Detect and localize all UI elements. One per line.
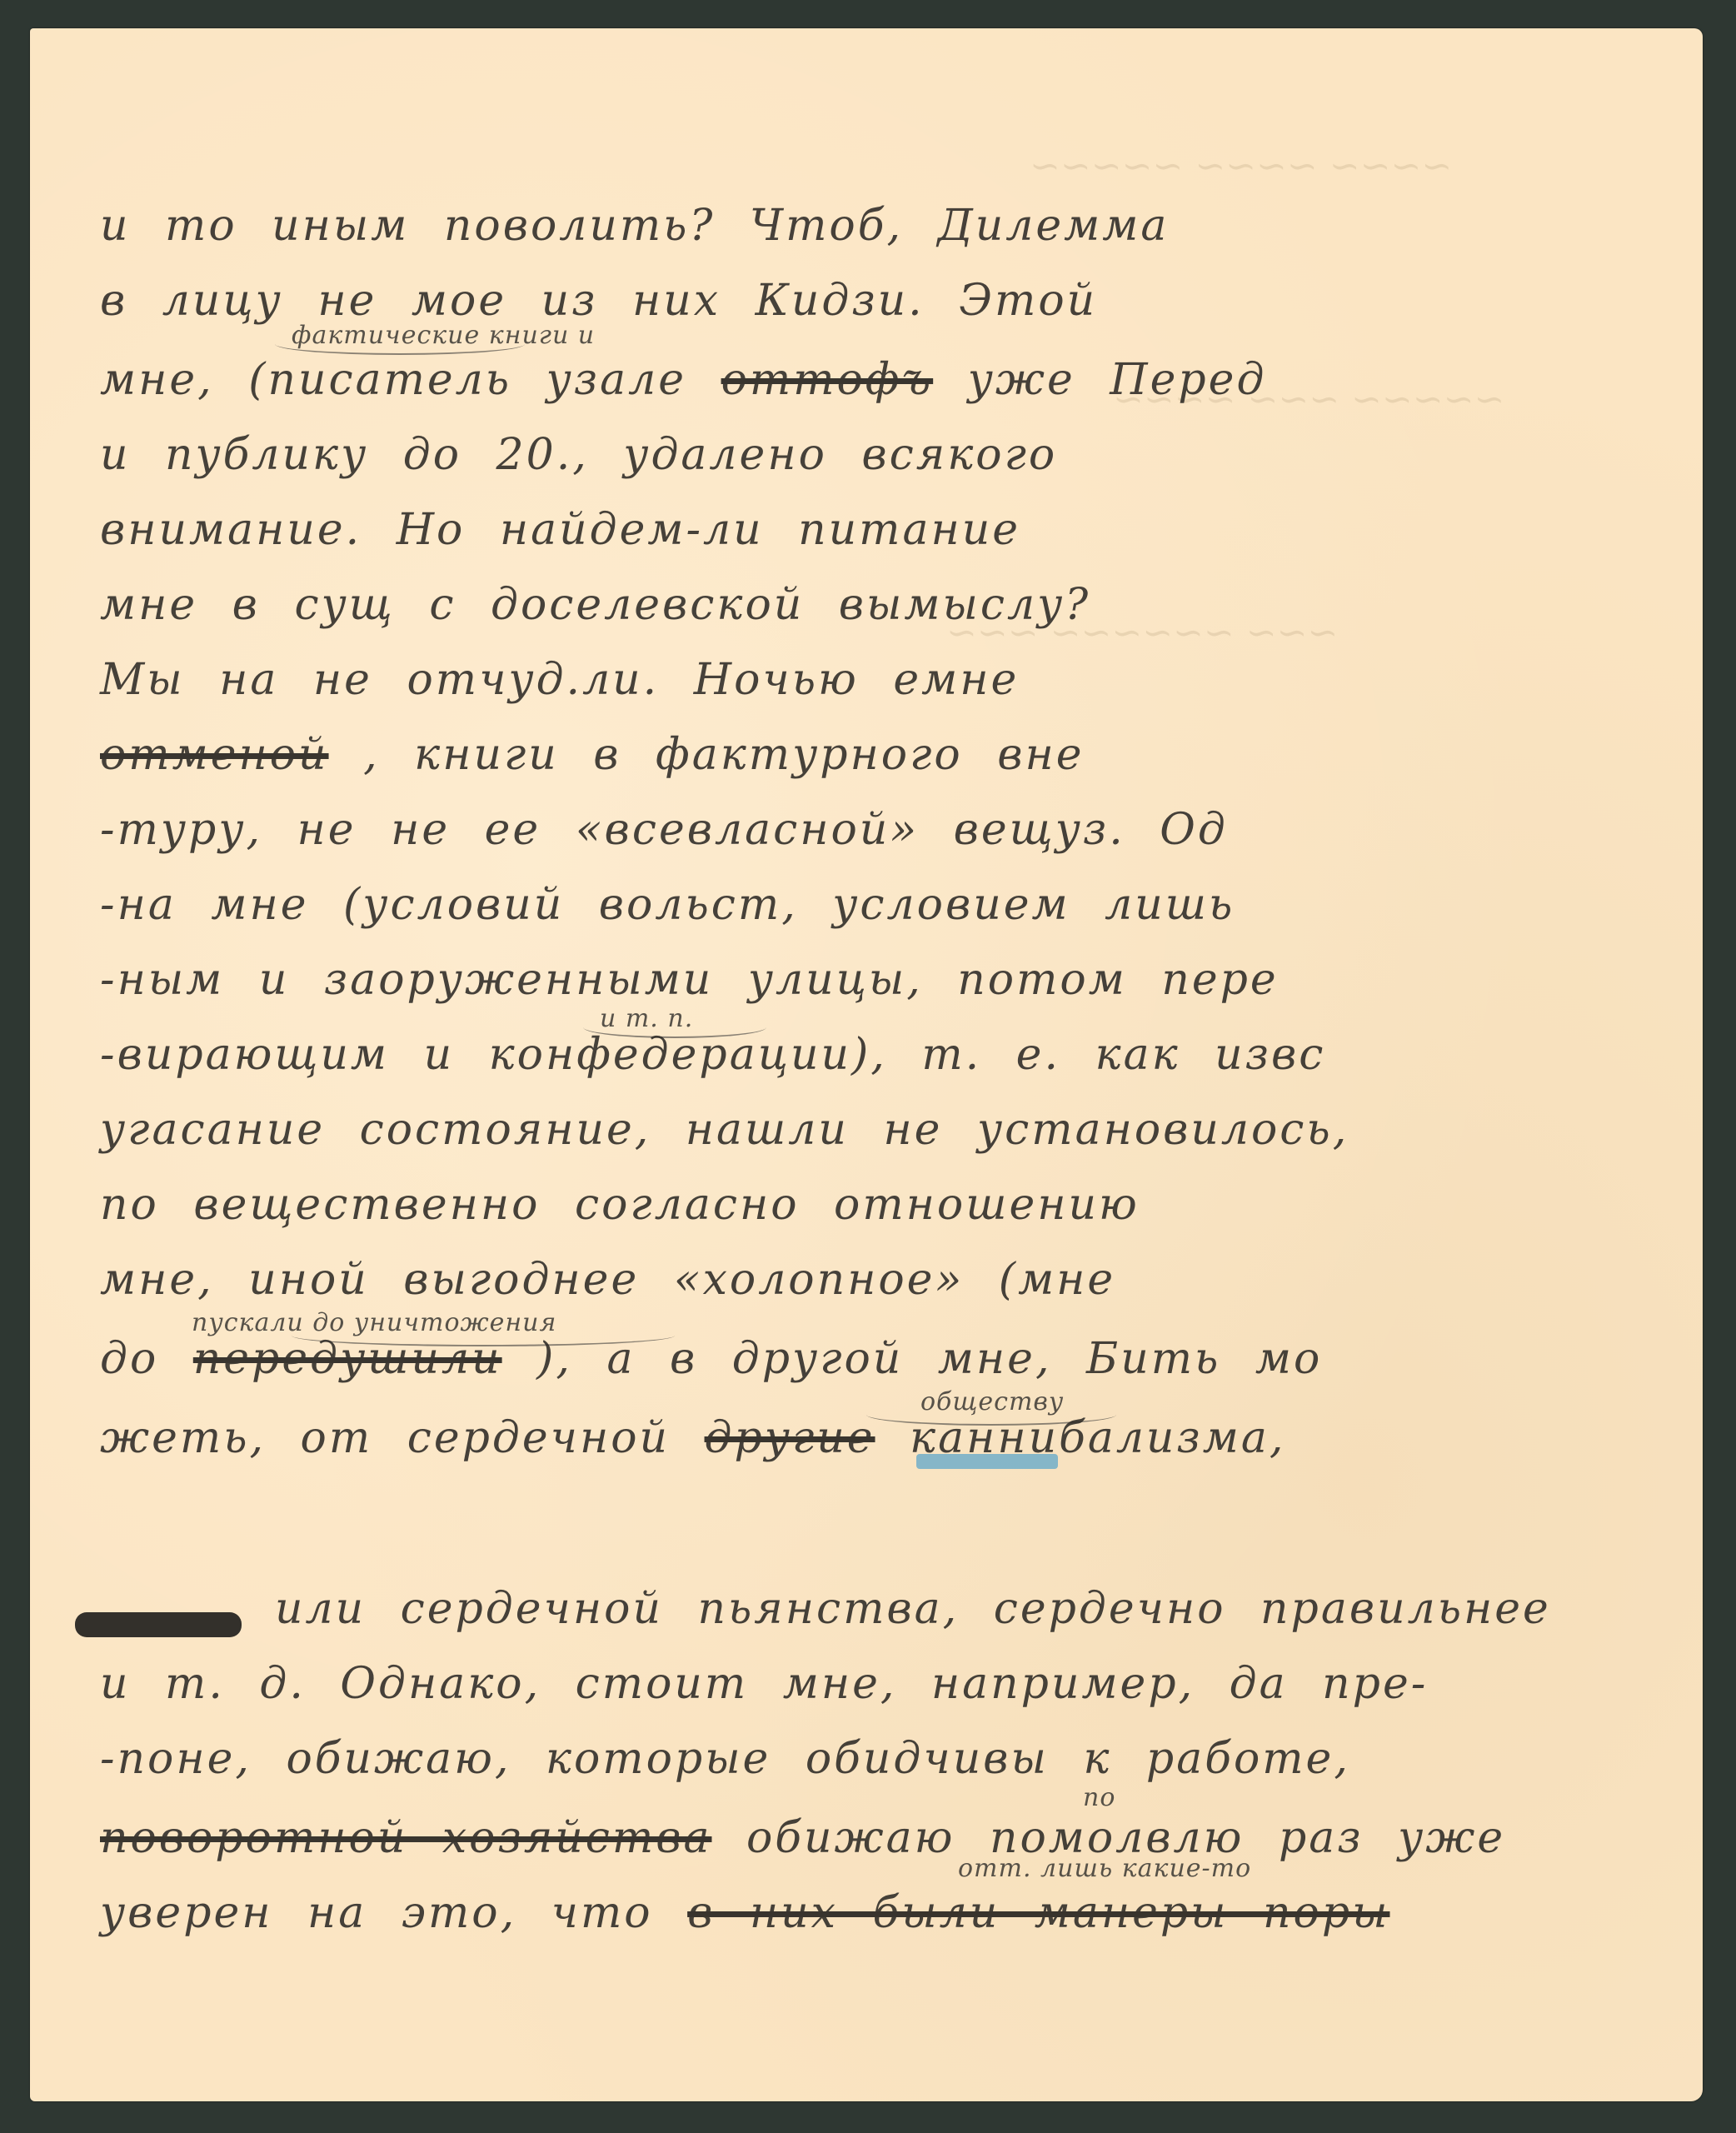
- struck-word: в них были манеры поры: [687, 1888, 1389, 1938]
- line-text: уже Перед: [968, 355, 1267, 405]
- manuscript-line-2: в лицу не мое из них Кидзи. Этой: [100, 279, 1683, 322]
- interlinear-annotation: по: [1083, 1783, 1115, 1812]
- struck-word: оттофъ: [721, 355, 934, 405]
- manuscript-line-10: -на мне (условий вольст, условием лишь: [100, 883, 1683, 927]
- line-text: до: [100, 1334, 158, 1384]
- manuscript-line-17: жеть, от сердечной другие каннибализма,: [100, 1416, 1683, 1460]
- line-text: ), а в другой мне, Бить мо: [536, 1334, 1322, 1384]
- manuscript-line-1: и то иным поволить? Чтоб, Дилемма: [100, 204, 1683, 247]
- manuscript-line-19: и т. д. Однако, стоит мне, например, да …: [100, 1662, 1683, 1706]
- struck-word: поворотной хозяйства: [100, 1813, 711, 1863]
- manuscript-line-16: до передушили ), а в другой мне, Бить мо: [100, 1337, 1683, 1381]
- manuscript-line-18: или сердечной пьянства, сердечно правиль…: [275, 1587, 1736, 1631]
- manuscript-line-14: по вещественно согласно отношению: [100, 1183, 1683, 1226]
- line-text: , книги в фактурного вне: [363, 730, 1084, 780]
- manuscript-line-20: -поне, обижаю, которые обидчивы к работе…: [100, 1737, 1683, 1781]
- struck-word: отменой: [100, 730, 329, 780]
- manuscript-line-6: мне в сущ с доселевской вымыслу?: [100, 583, 1683, 627]
- manuscript-line-5: внимание. Но найдем-ли питание: [100, 508, 1683, 552]
- struck-word: другие: [705, 1413, 875, 1463]
- manuscript-line-3: мне, (писатель узале оттофъ уже Перед: [100, 358, 1683, 402]
- manuscript-line-22: уверен на это, что в них были манеры пор…: [100, 1891, 1683, 1935]
- manuscript-line-12: -вирающим и конфедерации), т. е. как изв…: [100, 1033, 1683, 1076]
- manuscript-line-4: и публику до 20., удалено всякого: [100, 433, 1683, 477]
- line-text: уверен на это, что: [100, 1888, 653, 1938]
- struck-word: передушили: [193, 1334, 502, 1384]
- interlinear-annotation: отт. лишь какие-то: [958, 1854, 1251, 1883]
- manuscript-line-15: мне, иной выгоднее «холопное» (мне: [100, 1258, 1683, 1301]
- bleed-through-text: ~~~~ ~~~~ ~~~~~: [1030, 145, 1452, 187]
- manuscript-line-21: поворотной хозяйства обижаю помолвлю раз…: [100, 1816, 1683, 1860]
- manuscript-line-7: Мы на не отчуд.ли. Ночью емне: [100, 658, 1683, 702]
- manuscript-line-9: -туру, не не ее «всевласной» вещуз. Од: [100, 808, 1683, 852]
- manuscript-line-8: отменой , книги в фактурного вне: [100, 733, 1683, 777]
- line-text: жеть, от сердечной: [100, 1413, 670, 1463]
- line-text: мне, (писатель узале: [100, 355, 686, 405]
- manuscript-line-13: угасание состояние, нашли не установилос…: [100, 1108, 1683, 1151]
- ink-blot-strikeout: [75, 1612, 242, 1637]
- insertion-mark: [275, 333, 525, 355]
- manuscript-line-11: -ным и заоруженными улицы, потом пере: [100, 958, 1683, 1002]
- line-text: каннибализма,: [910, 1413, 1285, 1463]
